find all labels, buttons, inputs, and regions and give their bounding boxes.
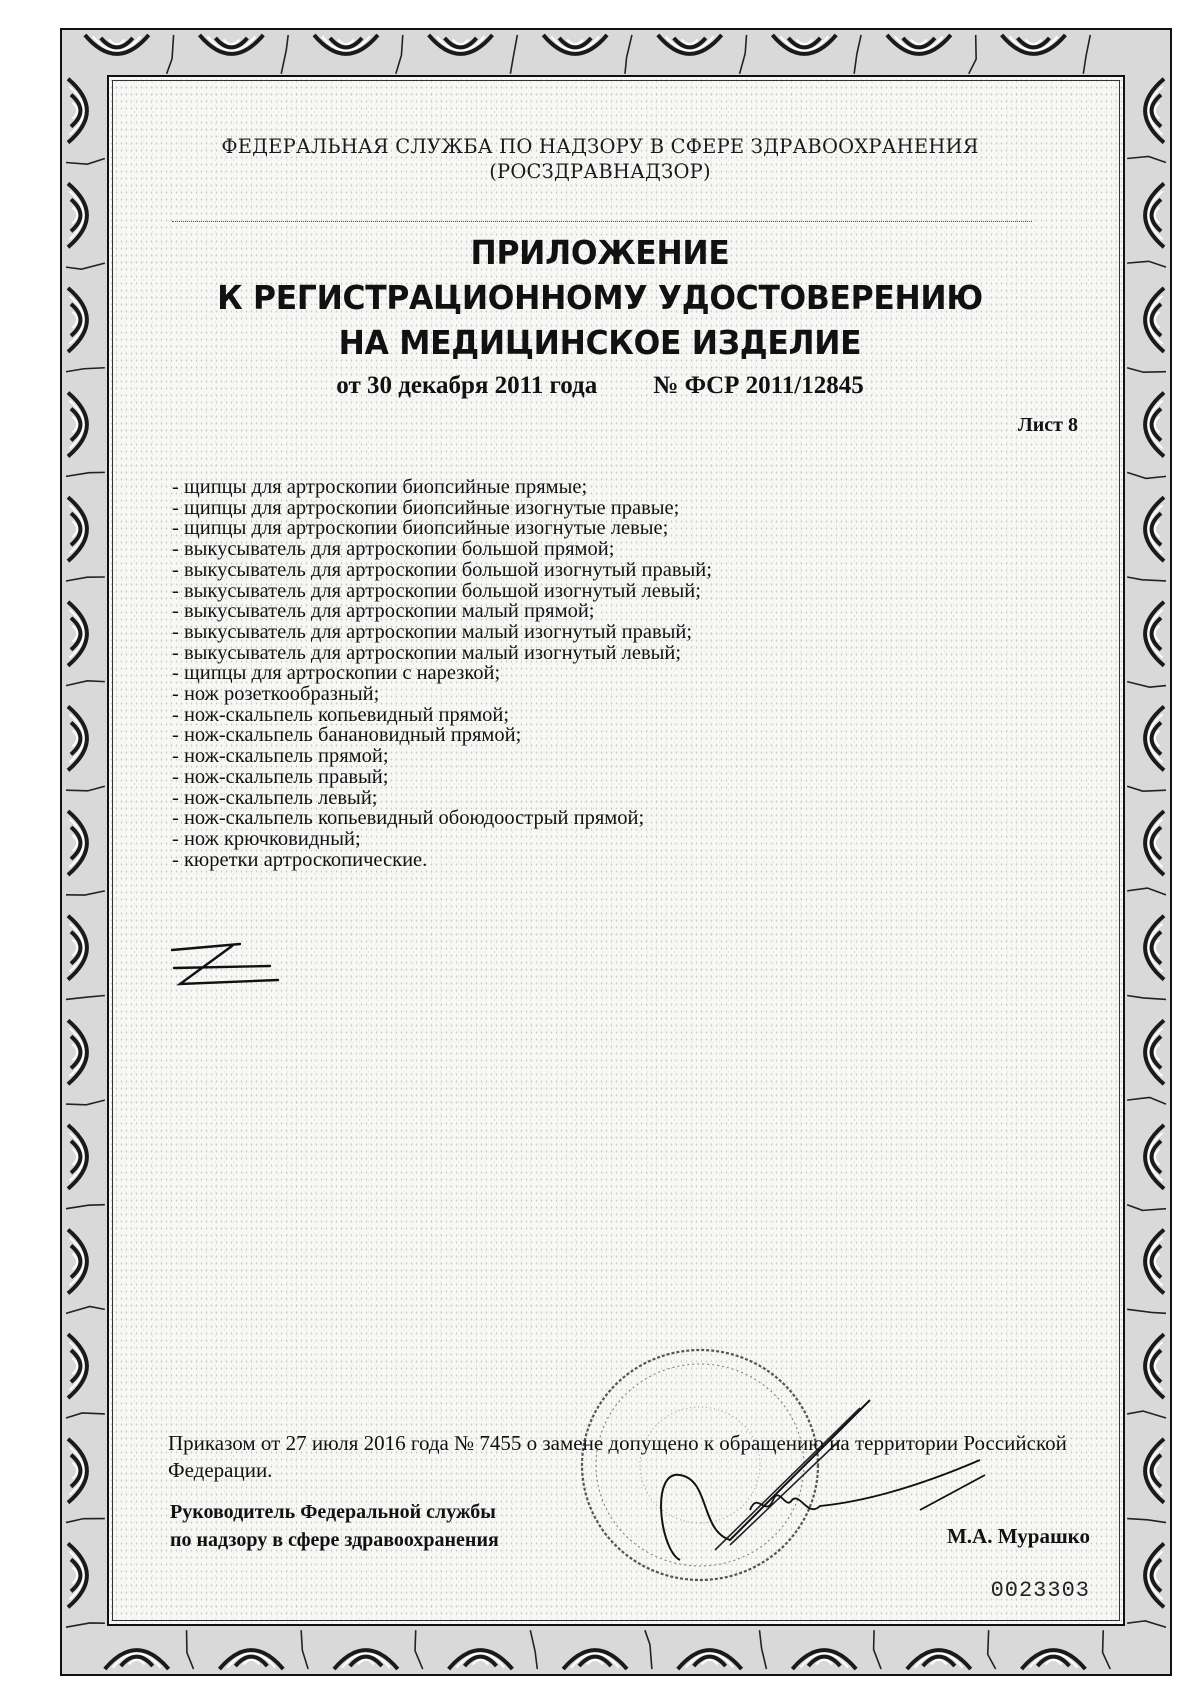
document-body: Федеральная служба по надзору в сфере зд… [0, 0, 1200, 1699]
device-list: щипцы для артроскопии биопсийные прямые;… [172, 477, 712, 870]
agency-header: Федеральная служба по надзору в сфере зд… [120, 134, 1080, 184]
sheet-number: Лист 8 [1018, 414, 1078, 437]
registration-line: от 30 декабря 2011 года№ ФСР 2011/12845 [120, 372, 1080, 400]
order-note: Приказом от 27 июля 2016 года № 7455 о з… [168, 1430, 1098, 1484]
z-strike-mark-icon [170, 940, 280, 990]
list-item: нож-скальпель правый; [172, 767, 712, 788]
list-item: нож-скальпель прямой; [172, 746, 712, 767]
serial-number: 0023303 [991, 1578, 1090, 1603]
signer-name: М.А. Мурашко [947, 1524, 1090, 1549]
signer-title: Руководитель Федеральной службы по надзо… [170, 1498, 499, 1554]
list-item: выкусыватель для артроскопии малый прямо… [172, 601, 712, 622]
list-item: выкусыватель для артроскопии малый изогн… [172, 643, 712, 664]
list-item: нож розеткообразный; [172, 684, 712, 705]
list-item: щипцы для артроскопии с нарезкой; [172, 663, 712, 684]
list-item: нож-скальпель банановидный прямой; [172, 725, 712, 746]
registration-number: № ФСР 2011/12845 [653, 372, 864, 399]
list-item: щипцы для артроскопии биопсийные изогнут… [172, 518, 712, 539]
list-item: выкусыватель для артроскопии большой изо… [172, 581, 712, 602]
title-line-3: НА МЕДИЦИНСКОЕ ИЗДЕЛИЕ [144, 320, 1056, 365]
list-item: нож-скальпель копьевидный прямой; [172, 705, 712, 726]
list-item: щипцы для артроскопии биопсийные прямые; [172, 477, 712, 498]
signer-title-line-2: по надзору в сфере здравоохранения [170, 1526, 499, 1554]
list-item: выкусыватель для артроскопии малый изогн… [172, 622, 712, 643]
title-line-2: К РЕГИСТРАЦИОННОМУ УДОСТОВЕРЕНИЮ [144, 275, 1056, 320]
agency-name: Федеральная служба по надзору в сфере зд… [120, 134, 1080, 159]
list-item: выкусыватель для артроскопии большой изо… [172, 560, 712, 581]
registration-date: от 30 декабря 2011 года [336, 372, 597, 399]
list-item: выкусыватель для артроскопии большой пря… [172, 539, 712, 560]
header-divider [172, 221, 1032, 222]
list-item: нож крючковидный; [172, 829, 712, 850]
list-item: нож-скальпель левый; [172, 788, 712, 809]
list-item: кюретки артроскопические. [172, 850, 712, 871]
agency-short-name: (Росздравнадзор) [120, 159, 1080, 184]
signer-title-line-1: Руководитель Федеральной службы [170, 1498, 499, 1526]
title-line-1: ПРИЛОЖЕНИЕ [144, 230, 1056, 275]
document-title: ПРИЛОЖЕНИЕ К РЕГИСТРАЦИОННОМУ УДОСТОВЕРЕ… [120, 230, 1080, 365]
list-item: нож-скальпель копьевидный обоюдоострый п… [172, 808, 712, 829]
list-item: щипцы для артроскопии биопсийные изогнут… [172, 498, 712, 519]
